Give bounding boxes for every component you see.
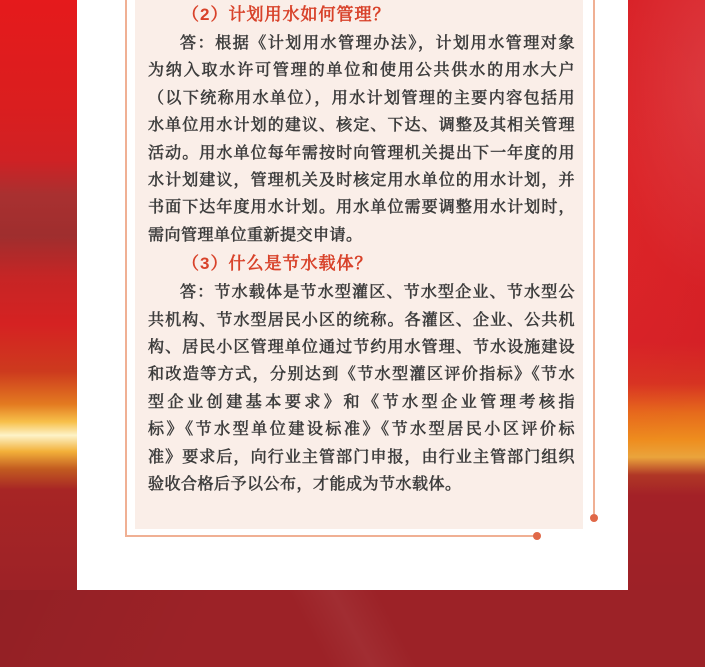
left-red-gradient-stripe	[0, 0, 77, 590]
question-3-answer: 答：节水载体是节水型灌区、节水型企业、节水型公 共机构、节水型居民小区的统称。各…	[148, 279, 575, 498]
answer-text-line: 型企业创建基本要求》和《节水型企业管理考核指	[148, 389, 575, 416]
bottom-red-band	[0, 590, 705, 667]
answer-text-line: 需向管理单位重新提交申请。	[148, 222, 575, 249]
qa-content-card: （2）计划用水如何管理？ 答：根据《计划用水管理办法》，计划用水管理对象 为纳入…	[135, 0, 583, 529]
answer-text-line: 活动。用水单位每年需按时向管理机关提出下一年度的用	[148, 140, 575, 167]
frame-end-dot-right	[590, 514, 598, 522]
question-3-heading: （3）什么是节水载体？	[148, 249, 575, 279]
question-2-answer: 答：根据《计划用水管理办法》，计划用水管理对象 为纳入取水许可管理的单位和使用公…	[148, 30, 575, 249]
card-frame-line-left	[125, 0, 127, 537]
answer-text-line: 书面下达年度用水计划。用水单位需要调整用水计划时，	[148, 194, 575, 221]
card-frame-line-right	[593, 0, 595, 514]
frame-end-dot-bottom	[533, 532, 541, 540]
answer-text-line: 构、居民小区管理单位通过节约用水管理、节水设施建设	[148, 334, 575, 361]
right-red-gradient-stripe	[628, 0, 705, 590]
answer-text-line: 为纳入取水许可管理的单位和使用公共供水的用水大户	[148, 57, 575, 84]
answer-text-line: 和改造等方式，分别达到《节水型灌区评价指标》《节水	[148, 361, 575, 388]
answer-text-line: 答：根据《计划用水管理办法》，计划用水管理对象	[148, 30, 575, 57]
answer-text-line: 水单位用水计划的建议、核定、下达、调整及其相关管理	[148, 112, 575, 139]
answer-text-line: 答：节水载体是节水型灌区、节水型企业、节水型公	[148, 279, 575, 306]
answer-text-line: （以下统称用水单位），用水计划管理的主要内容包括用	[148, 85, 575, 112]
answer-text-line: 共机构、节水型居民小区的统称。各灌区、企业、公共机	[148, 307, 575, 334]
answer-text-line: 水计划建议，管理机关及时核定用水单位的用水计划，并	[148, 167, 575, 194]
answer-text-line: 验收合格后予以公布，才能成为节水载体。	[148, 471, 575, 498]
question-2-heading: （2）计划用水如何管理？	[148, 0, 575, 30]
answer-text-line: 标》《节水型单位建设标准》《节水型居民小区评价标	[148, 416, 575, 443]
card-frame-line-bottom	[125, 535, 534, 537]
answer-text-line: 准》要求后，向行业主管部门申报，由行业主管部门组织	[148, 444, 575, 471]
